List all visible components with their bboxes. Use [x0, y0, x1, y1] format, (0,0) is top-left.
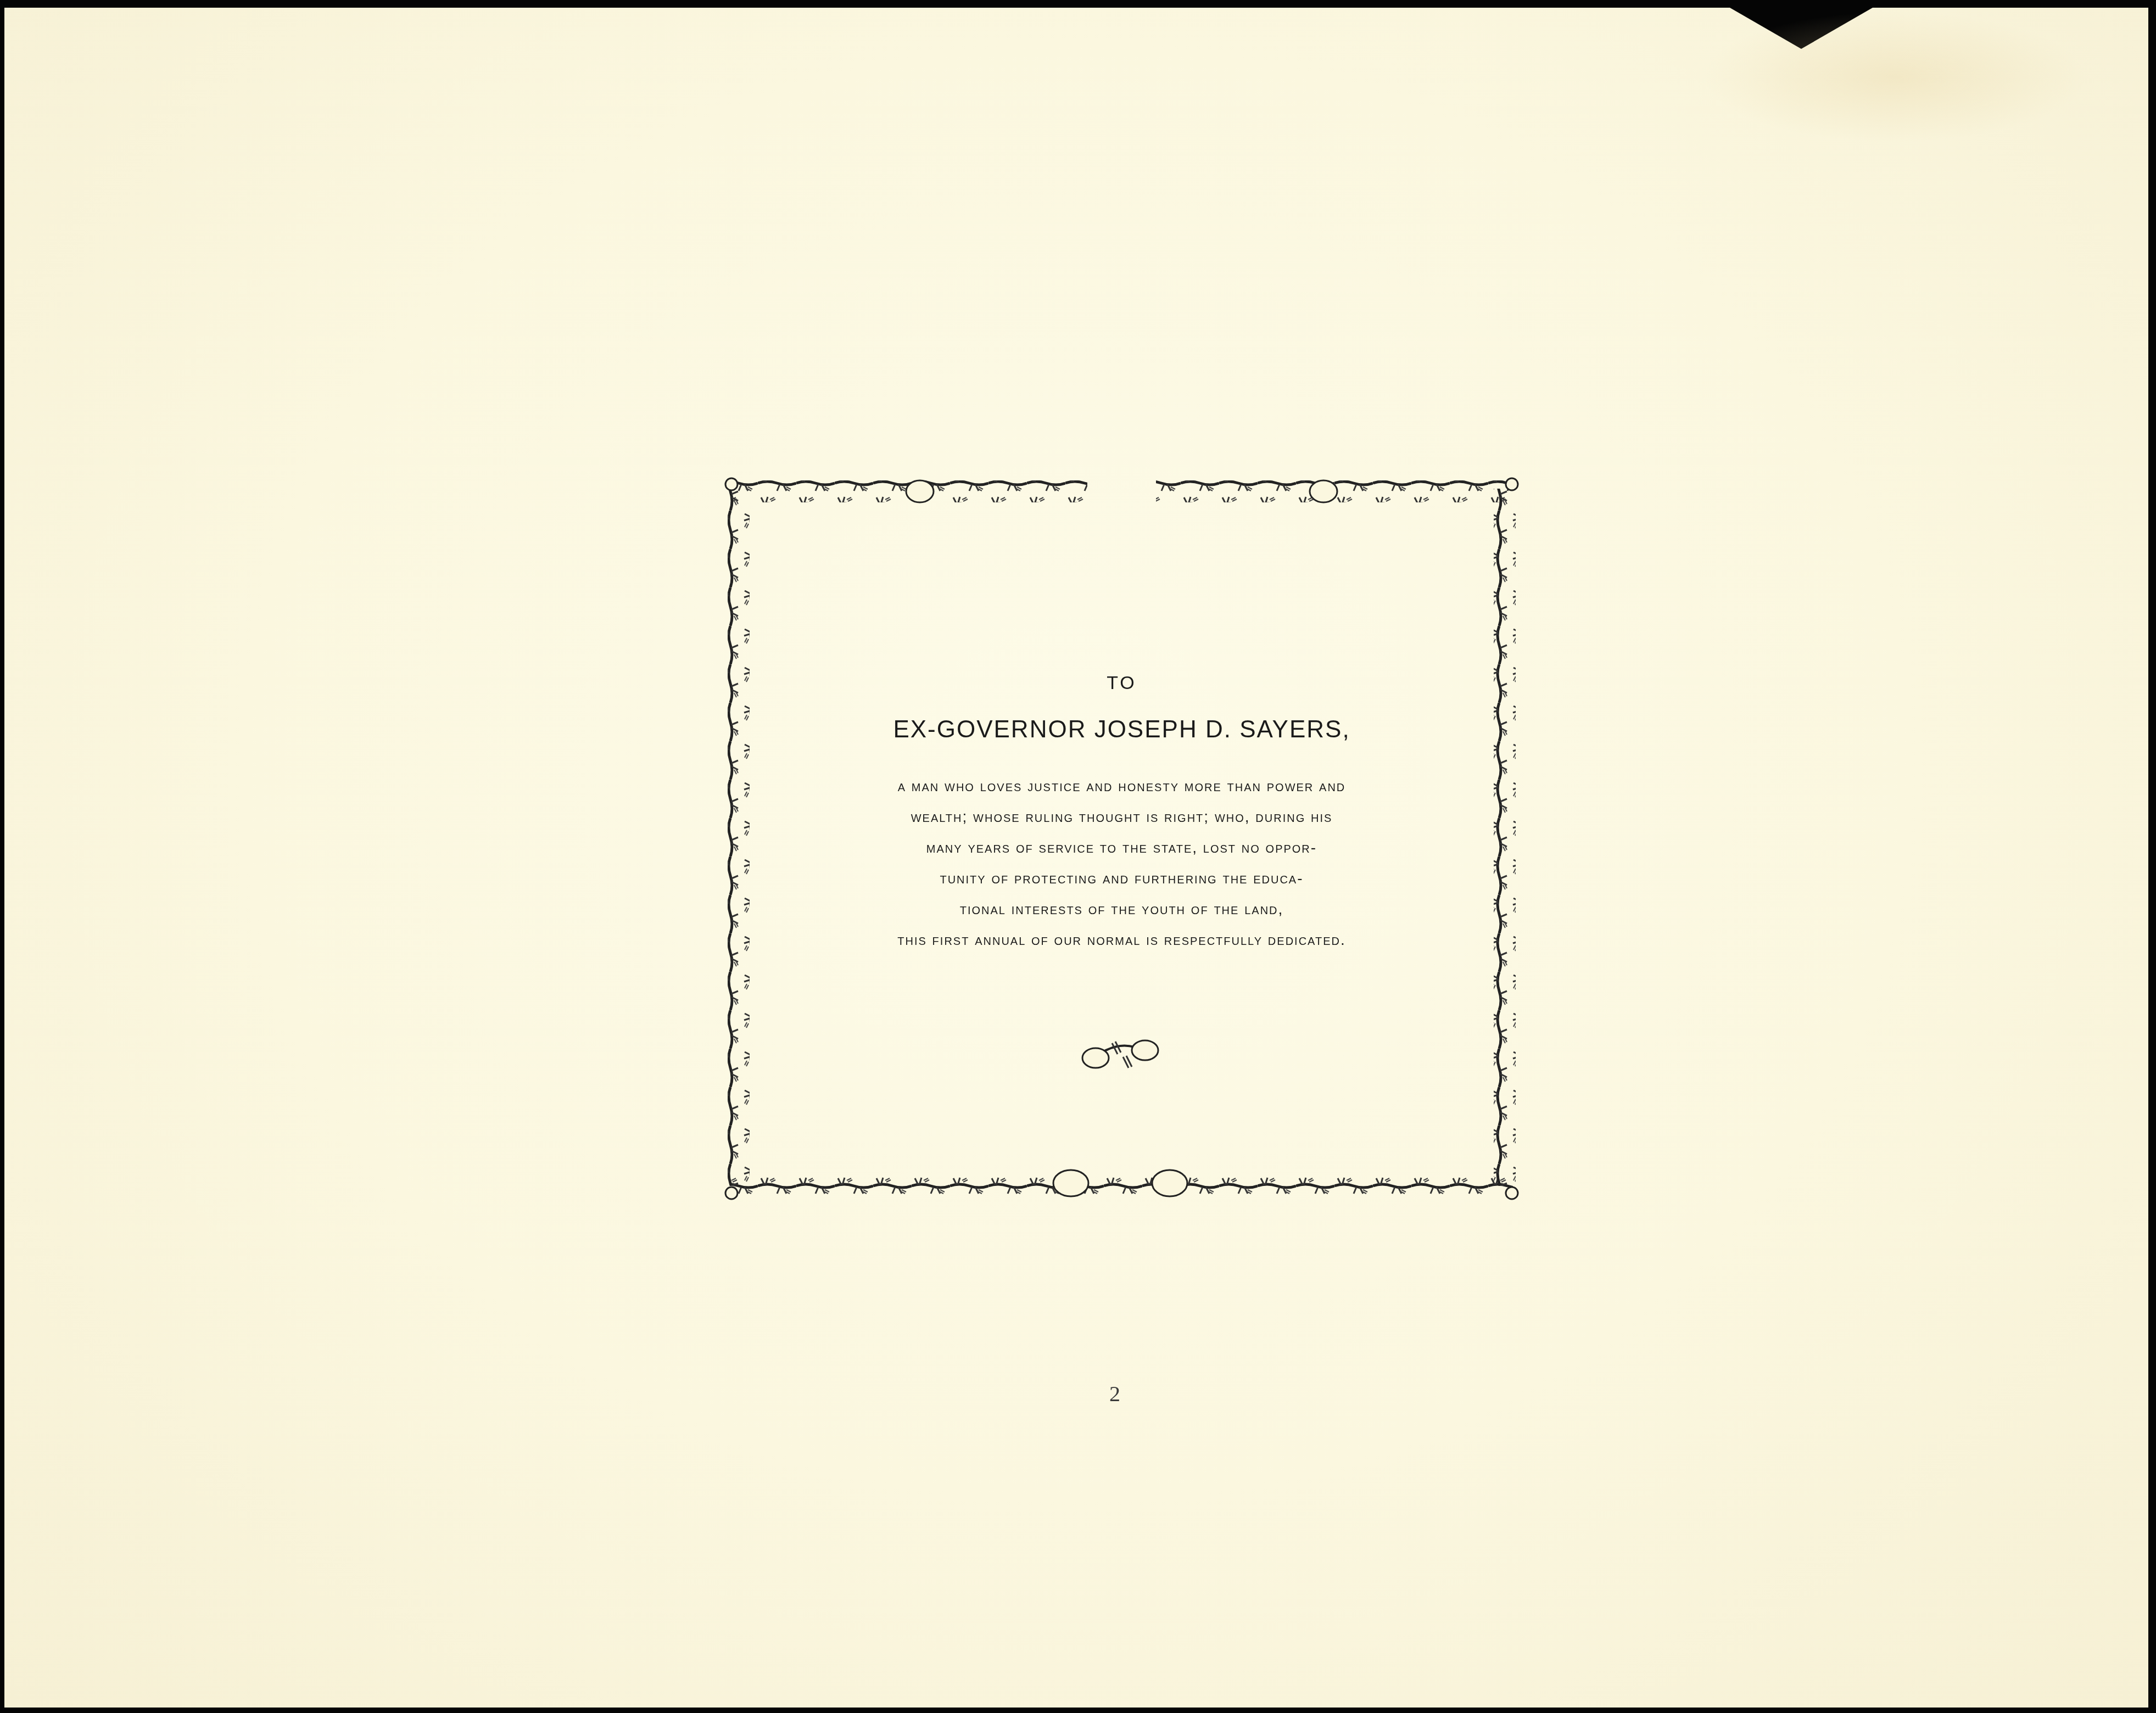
dedication-line: many years of service to the State, lost…: [719, 832, 1524, 863]
dedication-line: this first Annual of our Normal is respe…: [719, 925, 1524, 955]
paper-stain: [1702, 11, 2087, 143]
dedication-to: TO: [719, 673, 1524, 694]
dedication-line: tional Interests of the Youth of the Lan…: [719, 894, 1524, 925]
floral-ornament-icon: [1079, 1035, 1161, 1073]
dedication-line: A man who loves Justice and Honesty more…: [719, 771, 1524, 802]
dedication-recipient: EX-GOVERNOR JOSEPH D. SAYERS,: [719, 716, 1524, 743]
dedication-line: Wealth; whose ruling thought is Right; w…: [719, 802, 1524, 832]
dedication-line: tunity of protecting and furthering the …: [719, 863, 1524, 894]
dedication-block: TO EX-GOVERNOR JOSEPH D. SAYERS, A man w…: [719, 673, 1524, 955]
page-number: 2: [1098, 1381, 1131, 1407]
